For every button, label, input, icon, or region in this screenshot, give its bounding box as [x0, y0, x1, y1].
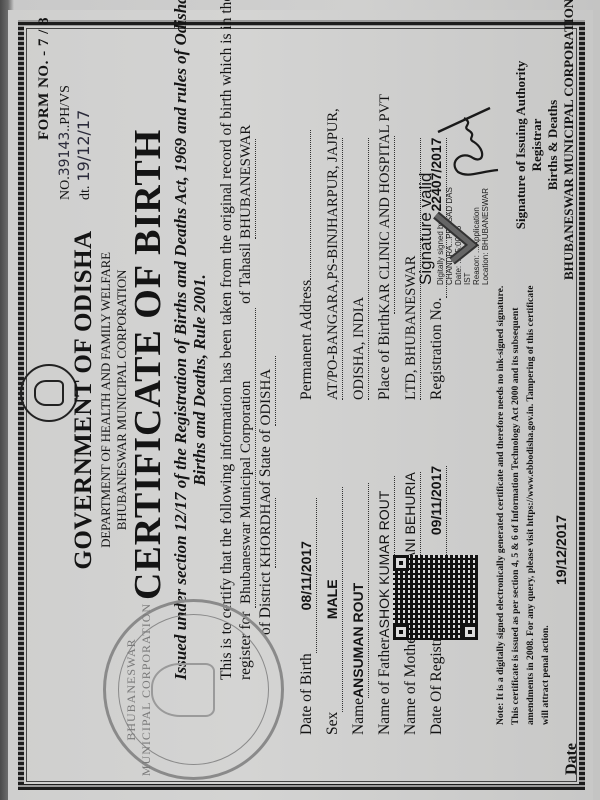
tahasil-text: BHUBANESWAR — [238, 125, 254, 239]
birth-certificate: FORM NO. - 7 / 8 NO.39143..PH/VS dt. 19/… — [8, 10, 593, 800]
registrar-seal: BHUBANESWAR MUNICIPAL CORPORATION — [103, 599, 284, 780]
tahasil-label: of Tahasil — [237, 243, 254, 304]
sex-label: Sex — [324, 712, 341, 735]
state-text: ODISHA — [258, 369, 274, 426]
qr-code[interactable] — [393, 555, 478, 640]
name-label: Name — [350, 698, 367, 735]
date-of-birth-row: Date of Birth08/11/2017 — [298, 498, 317, 735]
place-of-birth-row: Place of BirthKAR CLINIC AND HOSPITAL PV… — [376, 136, 395, 400]
name-row: NameANSUMAN ROUT — [350, 483, 369, 735]
sex-text: MALE — [324, 579, 340, 619]
cert-no-suffix: ..PH/VS — [58, 85, 73, 132]
dob-label: Date of Birth — [298, 653, 315, 735]
note-line: will attract penal action. — [538, 285, 553, 725]
ashoka-emblem-icon — [151, 663, 215, 717]
pob-line1: KAR CLINIC AND HOSPITAL PVT — [376, 136, 395, 314]
certify-text: This is to certify that the following in… — [218, 0, 236, 680]
mother-label: Name of Mother — [402, 632, 419, 735]
father-text: ASHOK KUMAR ROUT — [376, 491, 392, 638]
address-line1-row: AT/PO-BANGARA,PS-BINJHARPUR, JAJPUR, — [324, 138, 343, 400]
district-label: of District — [257, 572, 274, 635]
district-text: KHORDHA — [258, 493, 274, 568]
address-line2-text: ODISHA, INDIA — [351, 297, 367, 400]
state-label: of State of — [257, 429, 274, 494]
tahasil-value: BHUBANESWAR — [237, 139, 256, 239]
certificate-date: dt. 19/12/17 — [74, 110, 94, 200]
photo-background: FORM NO. - 7 / 8 NO.39143..PH/VS dt. 19/… — [0, 0, 600, 800]
pob-line1-text: KAR CLINIC AND HOSPITAL PVT — [377, 94, 393, 314]
regno-label: Registration No. — [428, 298, 445, 400]
permanent-address-label-row: Permanent Address — [298, 130, 316, 400]
certificate-title: CERTIFICATE OF BIRTH — [126, 200, 170, 600]
handwritten-signature — [418, 100, 508, 190]
address-line1: AT/PO-BANGARA,PS-BINJHARPUR, JAJPUR, — [324, 138, 343, 400]
authority-title: Signature of Issuing Authority — [513, 10, 529, 280]
address-line2: ODISHA, INDIA — [350, 138, 369, 400]
seal-inner-text: BHUBANESWAR MUNICIPAL CORPORATION — [124, 602, 154, 777]
authority-org: BHUBANESWAR MUNICIPAL CORPORATION — [561, 10, 577, 280]
sex-row: SexMALE — [324, 487, 343, 735]
dor-text: 09/11/2017 — [428, 466, 444, 535]
qr-finder-icon — [393, 624, 409, 640]
checkmark-icon — [430, 210, 480, 265]
government-heading: GOVERNMENT OF ODISHA — [70, 230, 98, 570]
district-value: KHORDHA — [257, 498, 276, 568]
sex-value: MALE — [324, 487, 343, 712]
name-text: ANSUMAN ROUT — [350, 583, 366, 698]
note-line: Note: It is a digitally signed electroni… — [493, 285, 508, 725]
register-for-row: register for Bhubaneswar Municipal Corpo… — [237, 139, 256, 680]
dob-value: 08/11/2017 — [298, 498, 317, 653]
date-label: Date — [563, 743, 581, 775]
note-line: amendments in 2008. For any query, pleas… — [523, 285, 538, 725]
cert-no-value: 39143 — [57, 132, 73, 177]
note-line: This certificate is issued as per sectio… — [508, 285, 523, 725]
name-value: ANSUMAN ROUT — [350, 483, 369, 698]
qr-finder-icon — [393, 555, 409, 571]
address-line1-text: AT/PO-BANGARA,PS-BINJHARPUR, JAJPUR, — [325, 108, 341, 400]
district-row: of District KHORDHA of State of ODISHA — [257, 356, 276, 635]
authority-role: Registrar — [529, 10, 545, 280]
legal-note: Note: It is a digitally signed electroni… — [493, 285, 553, 725]
issued-under-line2: Births and Deaths, Rule 2001. — [190, 80, 210, 680]
qr-finder-icon — [462, 624, 478, 640]
authority-dept: Births & Deaths — [545, 10, 561, 280]
cert-date-prefix: dt. — [78, 186, 93, 200]
certificate-number: NO.39143..PH/VS — [56, 85, 74, 200]
father-label: Name of Father — [376, 638, 393, 735]
issuing-authority: Signature of Issuing Authority Registrar… — [513, 10, 577, 280]
cert-no-prefix: NO. — [58, 176, 73, 200]
issue-date: 19/12/2017 — [553, 515, 569, 585]
register-for-text: Bhubaneswar Municipal Corporation — [238, 381, 254, 604]
address-line2-row: ODISHA, INDIA — [350, 138, 369, 400]
form-number: FORM NO. - 7 / 8 — [36, 17, 53, 140]
issued-under-line1: Issued under section 12/17 of the Regist… — [171, 80, 191, 680]
pob-label: Place of Birth — [376, 314, 393, 400]
register-for-value: Bhubaneswar Municipal Corporation — [238, 308, 256, 608]
state-value: ODISHA — [257, 356, 276, 426]
dob-text: 08/11/2017 — [298, 541, 314, 610]
department-heading: DEPARTMENT OF HEALTH AND FAMILY WELFARE — [98, 230, 114, 570]
address-dots — [310, 130, 311, 280]
address-label: Permanent Address — [298, 280, 315, 400]
cert-date-value: 19/12/17 — [74, 110, 93, 182]
